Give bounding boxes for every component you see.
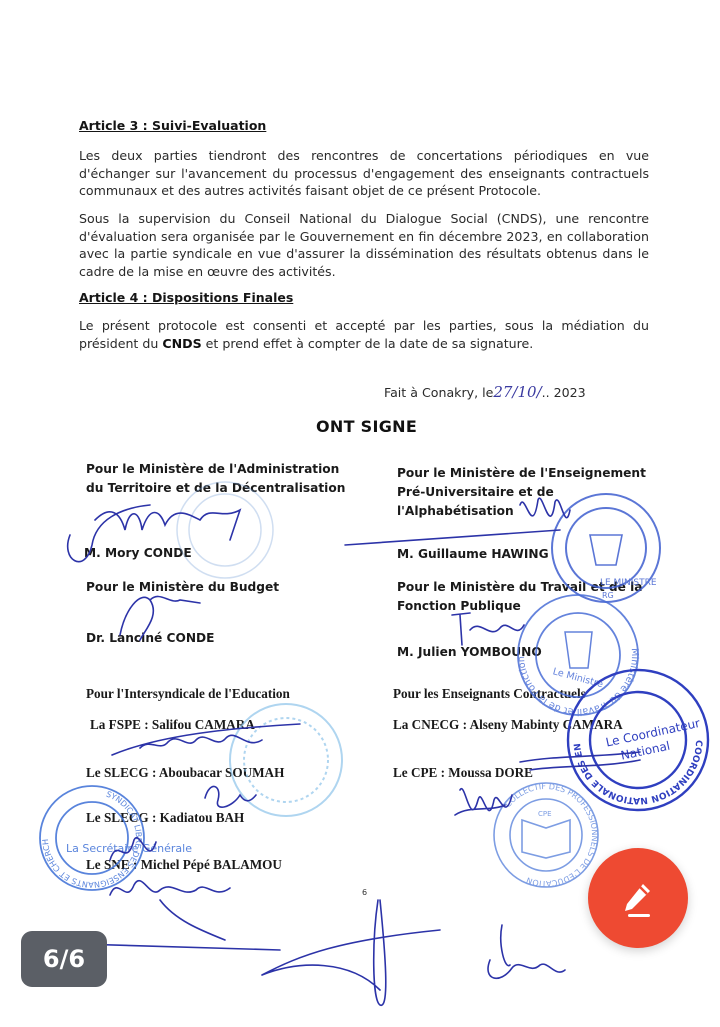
signatory-budget-name: Dr. Lanciné CONDE (86, 629, 214, 648)
cpe-stamp-icon: COLLECTIF DES PROFESSIONNELS DE L'EDUCAT… (494, 782, 599, 888)
signatory-budget-ministry: Pour le Ministère du Budget (86, 578, 279, 597)
page-footer-number: 6 (362, 888, 367, 897)
place-date-prefix: Fait à Conakry, le (384, 385, 493, 400)
article-4-text-2: et prend effet à compter de la date de s… (202, 336, 534, 351)
intersyndicale-member-slecg-1: Le SLECG : Aboubacar SOUMAH (86, 765, 284, 781)
article-3-paragraph-2: Sous la supervision du Conseil National … (79, 210, 649, 280)
intersyndicale-member-slecg-2: Le SLECG : Kadiatou BAH (86, 810, 244, 826)
slecg-stamp-icon: SYNDICAT LIBRE DES ENSEIGNANTS ET CHERCH… (0, 0, 192, 890)
signature-alseny-camara (520, 752, 640, 770)
signature-aboubacar-soumah (205, 786, 256, 807)
intersyndicale-member-fspe: La FSPE : Salifou CAMARA (90, 717, 255, 733)
signed-title: ONT SIGNE (316, 417, 417, 436)
svg-text:SYNDICAT LIBRE DES ENSEIGNANTS: SYNDICAT LIBRE DES ENSEIGNANTS ET CHERCH… (0, 0, 143, 889)
place-date-suffix: .. 2023 (542, 385, 586, 400)
article-3-paragraph-1: Les deux parties tiendront des rencontre… (79, 147, 649, 200)
svg-text:CPE: CPE (538, 810, 552, 818)
contractuels-title: Pour les Enseignants Contractuels (393, 686, 586, 702)
article-4-text-bold: CNDS (162, 336, 201, 351)
svg-text:National: National (619, 739, 671, 763)
signature-julien-yombouno (452, 613, 524, 645)
signatures (45, 498, 640, 1005)
intersyndicale-title: Pour l'Intersyndicale de l'Education (86, 686, 290, 702)
signatory-travail-name: M. Julien YOMBOUNO (397, 643, 542, 662)
pencil-icon (616, 876, 660, 920)
contractuels-member-cpe: Le CPE : Moussa DORE (393, 765, 533, 781)
handwritten-date: 27/10/ (493, 383, 541, 401)
svg-text:La Secrétaire Générale: La Secrétaire Générale (66, 842, 192, 855)
signatory-travail-ministry: Pour le Ministère du Travail et de la Fo… (397, 578, 647, 616)
edit-button[interactable] (588, 848, 688, 948)
article-3-heading: Article 3 : Suivi-Evaluation (79, 118, 266, 133)
signature-bottom-right (488, 925, 565, 978)
signature-bottom-center (262, 900, 440, 1005)
contractuels-member-cnecg: La CNECG : Alseny Mabinty CAMARA (393, 717, 623, 733)
document-page: Article 3 : Suivi-Evaluation Les deux pa… (0, 0, 720, 1027)
page-indicator: 6/6 (21, 931, 107, 987)
article-4-heading: Article 4 : Dispositions Finales (79, 290, 293, 305)
place-date: Fait à Conakry, le27/10/.. 2023 (384, 383, 586, 401)
signatory-epa-name: M. Guillaume HAWING (397, 545, 549, 564)
signatory-epa-ministry: Pour le Ministère de l'Enseignement Pré-… (397, 464, 647, 521)
signatory-mat-name: M. Mory CONDE (84, 544, 192, 563)
signature-moussa-dore (455, 789, 512, 815)
article-4-paragraph: Le présent protocole est consenti et acc… (79, 317, 649, 352)
intersyndicale-member-sne: Le SNE : Michel Pépé BALAMOU (86, 857, 282, 873)
svg-text:COLLECTIF DES PROFESSIONNELS D: COLLECTIF DES PROFESSIONNELS DE L'EDUCAT… (503, 782, 599, 888)
signatory-mat-ministry: Pour le Ministère de l'Administration du… (86, 460, 356, 498)
